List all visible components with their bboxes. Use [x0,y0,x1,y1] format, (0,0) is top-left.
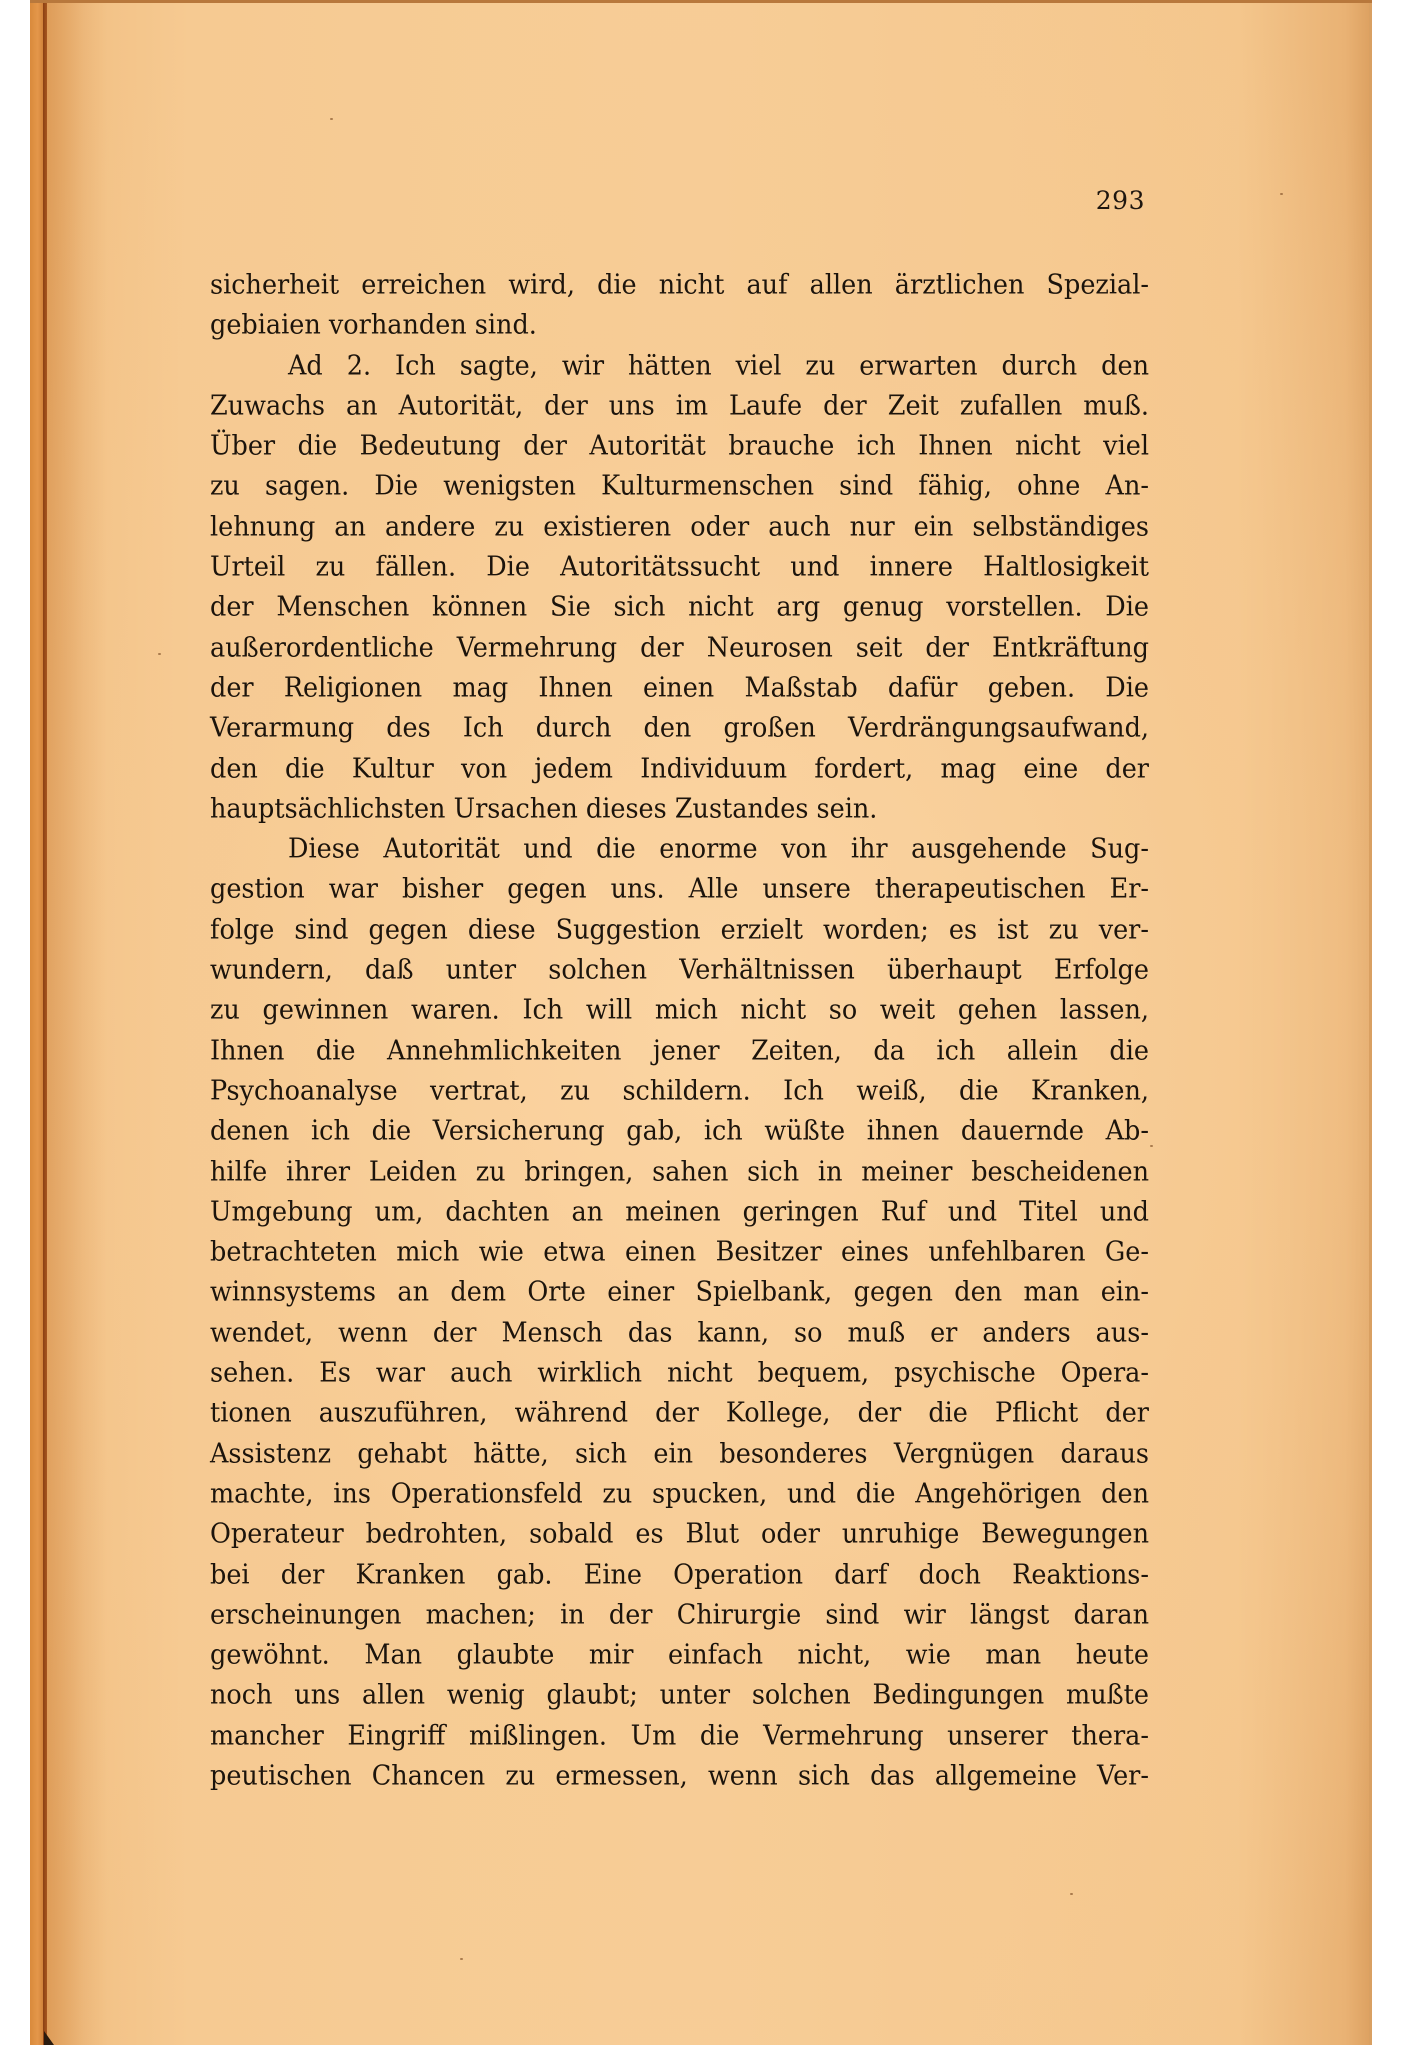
page-right-edge [1369,3,1372,2045]
text-line: peutischen Chancen zu ermessen, wenn sic… [210,1755,1149,1798]
text-line: der Religionen mag Ihnen einen Maßstab d… [210,667,1149,710]
page-number: 293 [1085,186,1145,215]
text-line: bei der Kranken gab. Eine Operation darf… [210,1553,1149,1596]
text-line: lehnung an andere zu existieren oder auc… [210,506,1149,549]
text-line: Operateur bedrohten, sobald es Blut oder… [210,1513,1149,1556]
text-line: machte, ins Operationsfeld zu spucken, u… [210,1473,1149,1516]
book-spine-edge [30,3,43,2045]
text-line: zu sagen. Die wenigsten Kulturmenschen s… [210,465,1149,508]
text-line: tionen auszuführen, während der Kollege,… [210,1392,1149,1435]
text-line: wendet, wenn der Mensch das kann, so muß… [210,1312,1149,1355]
text-line: betrachteten mich wie etwa einen Besitze… [210,1231,1149,1274]
paper-speck [460,1958,463,1960]
text-line: Verarmung des Ich durch den großen Verdr… [210,707,1149,750]
text-line: mancher Eingriff mißlingen. Um die Verme… [210,1714,1149,1757]
paper-speck [158,653,161,655]
paper-speck [330,118,333,120]
text-line: denen ich die Versicherung gab, ich wüßt… [210,1110,1149,1153]
text-line: sehen. Es war auch wirklich nicht bequem… [210,1352,1149,1395]
body-text: sicherheit erreichen wird, die nicht auf… [210,265,1149,1796]
corner-shadow [44,2031,54,2045]
text-line: gestion war bisher gegen uns. Alle unser… [210,868,1149,911]
paper-speck [1150,1145,1153,1147]
text-line: Ihnen die Annehmlichkeiten jener Zeiten,… [210,1029,1149,1072]
text-line: hauptsächlichsten Ursachen dieses Zustan… [210,788,1149,831]
text-line: winnsystems an dem Orte einer Spielbank,… [210,1271,1149,1314]
text-line: Über die Bedeutung der Autorität brauche… [210,425,1149,468]
text-line: Zuwachs an Autorität, der uns im Laufe d… [210,385,1149,428]
text-line: Ad 2. Ich sagte, wir hätten viel zu erwa… [210,344,1149,387]
paper-speck [1280,193,1283,195]
text-line: gebiaien vorhanden sind. [210,304,1149,347]
text-line: sicherheit erreichen wird, die nicht auf… [210,264,1149,307]
text-line: Diese Autorität und die enorme von ihr a… [210,828,1149,871]
book-page: 293 sicherheit erreichen wird, die nicht… [30,0,1372,2045]
text-line: gewöhnt. Man glaubte mir einfach nicht, … [210,1634,1149,1677]
text-line: Umgebung um, dachten an meinen geringen … [210,1191,1149,1234]
paper-speck [1070,1893,1073,1895]
text-line: wundern, daß unter solchen Verhältnissen… [210,949,1149,992]
text-line: der Menschen können Sie sich nicht arg g… [210,586,1149,629]
text-line: zu gewinnen waren. Ich will mich nicht s… [210,989,1149,1032]
text-line: hilfe ihrer Leiden zu bringen, sahen sic… [210,1150,1149,1193]
text-line: Psychoanalyse vertrat, zu schildern. Ich… [210,1070,1149,1113]
text-line: erscheinungen machen; in der Chirurgie s… [210,1594,1149,1637]
page-edge-shading [47,3,107,2045]
text-line: noch uns allen wenig glaubt; unter solch… [210,1674,1149,1717]
text-line: folge sind gegen diese Suggestion erziel… [210,909,1149,952]
text-line: den die Kultur von jedem Individuum ford… [210,747,1149,790]
text-line: Assistenz gehabt hätte, sich ein besonde… [210,1432,1149,1475]
text-line: außerordentliche Vermehrung der Neurosen… [210,626,1149,669]
text-line: Urteil zu fällen. Die Autoritätssucht un… [210,546,1149,589]
